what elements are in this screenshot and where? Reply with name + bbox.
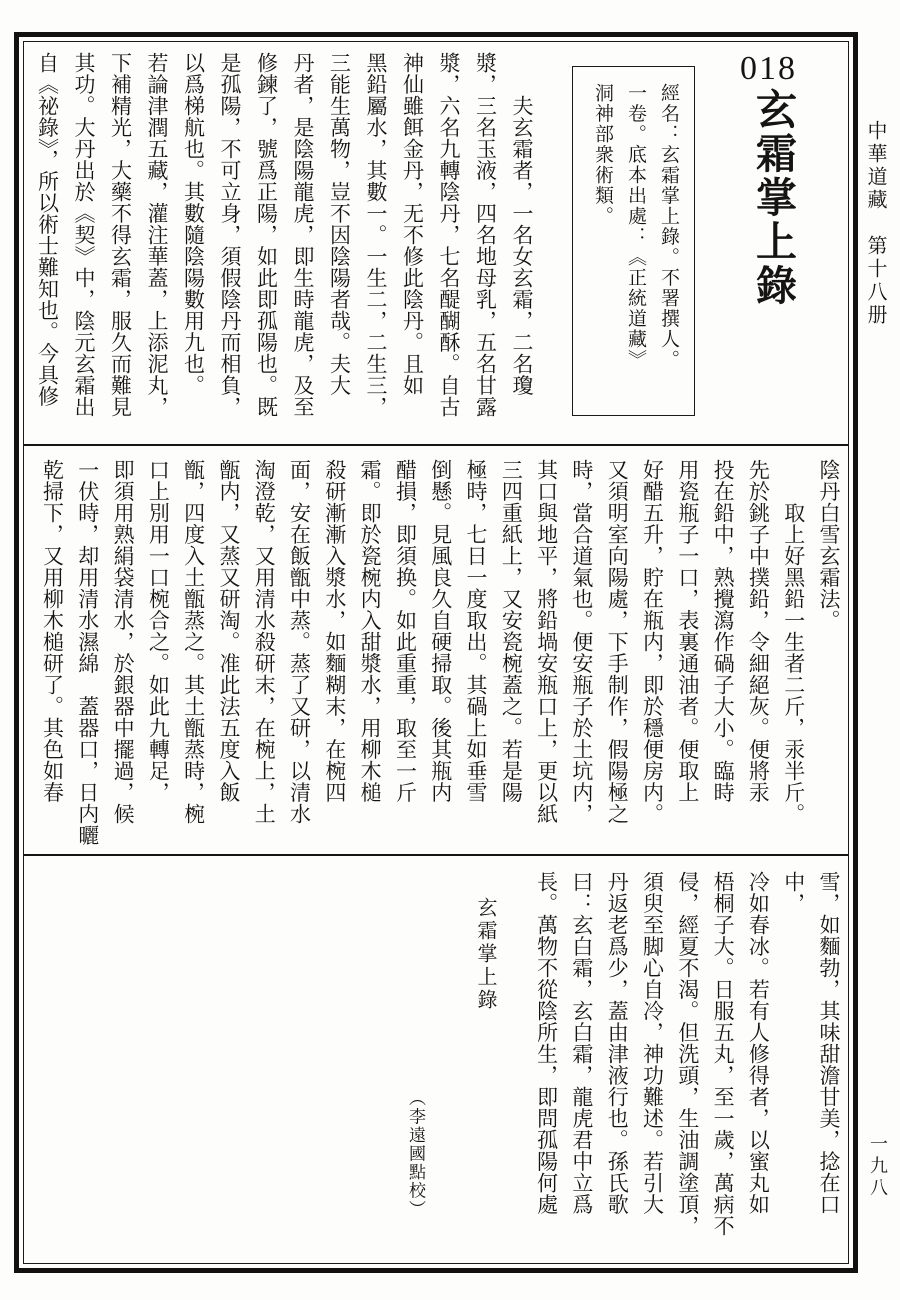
scripture-info-text: 經名：玄霜掌上錄。不署撰人。 一卷。底本出處：《正統道藏》 洞神部衆術類。 — [582, 83, 685, 399]
method-text: 陰丹白雪玄霜法。 取上好黑鉛一生者二斤，汞半斤。 先於銚子中撲鉛，令細絕灰。便將… — [34, 459, 846, 851]
page-frame-inner: 018 玄霜掌上錄 經名：玄霜掌上錄。不署撰人。 一卷。底本出處：《正統道藏》 … — [23, 41, 849, 1264]
end-title: 玄霜掌上錄 — [467, 897, 503, 1027]
page-frame: 018 玄霜掌上錄 經名：玄霜掌上錄。不署撰人。 一卷。底本出處：《正統道藏》 … — [14, 32, 858, 1273]
section-divider — [24, 444, 848, 446]
scanned-page: 中華道藏 第十八册 一九八 018 玄霜掌上錄 經名：玄霜掌上錄。不署撰人。 一… — [0, 0, 900, 1300]
page-number: 一九八 — [864, 1134, 892, 1234]
margin-collection-label: 中華道藏 第十八册 — [860, 120, 890, 350]
intro-text: 夫玄霜者，一名女玄霜，二名瓊 漿，三名玉液，四名地母乳，五名甘露 漿，六名九轉陰… — [28, 52, 540, 440]
effects-text: 雪，如麵勃，其味甜澹甘美，捻在口中， 冷如春冰。若有人修得者，以蜜丸如 梧桐子大… — [528, 871, 846, 1253]
serial-number: 018 — [740, 50, 797, 88]
scripture-info-box: 經名：玄霜掌上錄。不署撰人。 一卷。底本出處：《正統道藏》 洞神部衆術類。 — [572, 66, 695, 416]
colophon-editor-note: （李遠國點校） — [398, 1089, 432, 1259]
work-title: 玄霜掌上錄 — [750, 88, 796, 328]
section-divider — [24, 854, 848, 856]
